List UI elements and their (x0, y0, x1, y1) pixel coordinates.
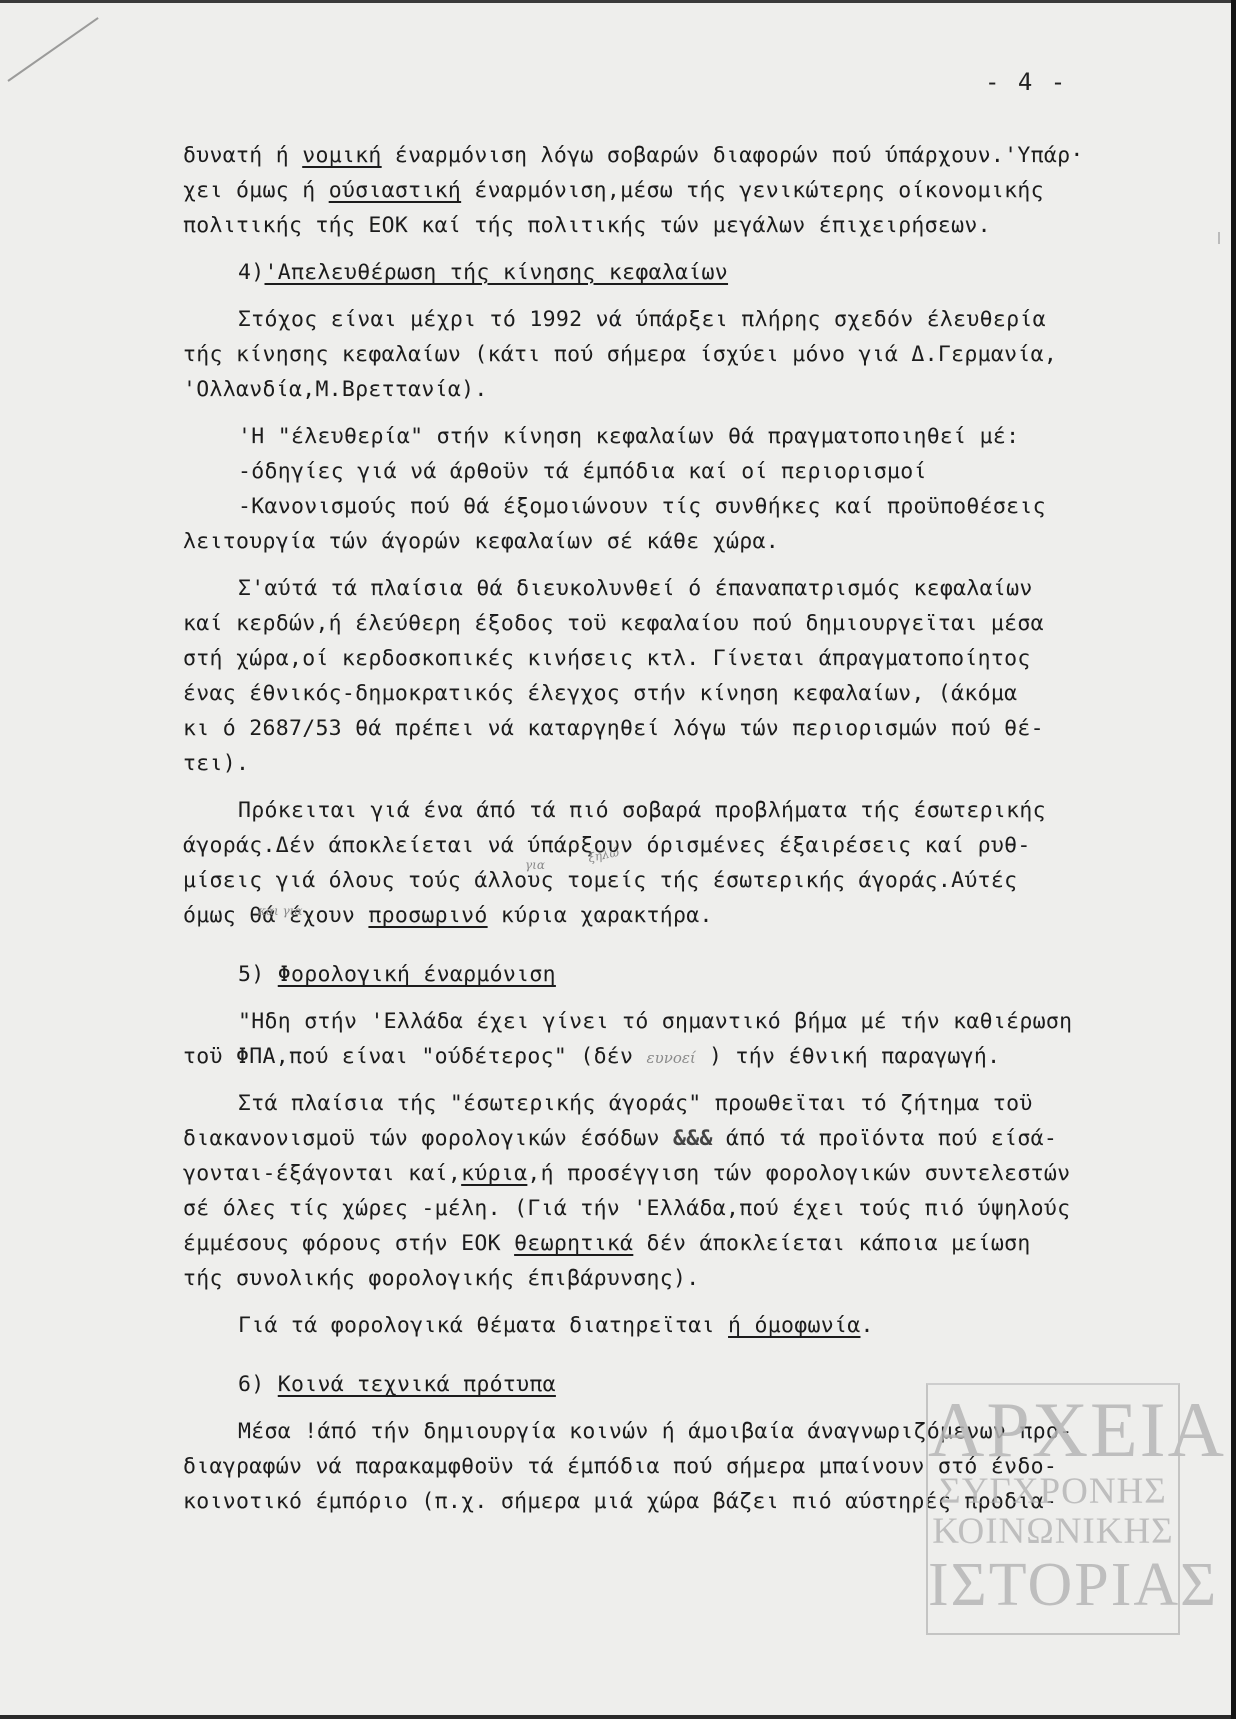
text-line: άγοράς.Δέν άποκλείεται νά ύπάρξουν όρισμ… (183, 828, 1203, 863)
text-line: λειτουργία τών άγορών κεφαλαίων σέ κάθε … (183, 524, 1203, 559)
list-item: -Κανονισμούς πού θά έξομοιώνουν τίς συνθ… (183, 489, 1203, 524)
section-title: Κοινά τεχνικά πρότυπα (278, 1372, 556, 1397)
text-line: 'Ολλανδία,Μ.Βρεττανία). (183, 372, 1203, 407)
section-heading-5: 5) Φορολογική έναρμόνιση (183, 957, 1203, 992)
struck-out-word: &&& (673, 1126, 713, 1151)
handwritten-annotation: και για (258, 904, 302, 918)
text-line: κι ό 2687/53 θά πρέπει νά καταργηθεί λόγ… (183, 711, 1203, 746)
text-line: πολιτικής τής ΕΟΚ καί τής πολιτικής τών … (183, 208, 1203, 243)
text-line: τής συνολικής φορολογικής έπιβάρυνσης). (183, 1261, 1203, 1296)
underlined-term: ούσιαστική (329, 178, 461, 203)
handwritten-insert: ευνοεί (647, 1049, 696, 1067)
underlined-term: κύρια (461, 1161, 527, 1186)
text-line: μίσεις γιά όλους τούς άλλους τομείς τής … (183, 863, 1203, 898)
text-line: Στόχος είναι μέχρι τό 1992 νά ύπάρξει πλ… (183, 302, 1203, 337)
document-page: - 4 - δυνατή ή νομική έναρμόνιση λόγω σο… (0, 0, 1236, 1719)
section-heading-4: 4)'Απελευθέρωση τής κίνησης κεφαλαίων (183, 255, 1203, 290)
text-line: γονται-έξάγονται καί,κύρια,ή προσέγγιση … (183, 1156, 1203, 1191)
underlined-term: προσωρινό (368, 903, 487, 928)
text-line: όμως θά έχουν προσωρινό κύρια χαρακτήρα. (183, 898, 1203, 933)
section-title: 'Απελευθέρωση τής κίνησης κεφαλαίων (265, 260, 729, 285)
margin-mark (1218, 232, 1220, 244)
handwritten-annotation: για (525, 858, 545, 872)
text-line: έμμέσους φόρους στήν ΕΟΚ θεωρητικά δέν ά… (183, 1226, 1203, 1261)
text-line: χει όμως ή ούσιαστική έναρμόνιση,μέσω τή… (183, 173, 1203, 208)
underlined-term: θεωρητικά (514, 1231, 633, 1256)
text-line: στή χώρα,οί κερδοσκοπικές κινήσεις κτλ. … (183, 641, 1203, 676)
text-line: διακανονισμοϋ τών φορολογικών έσόδων &&&… (183, 1121, 1203, 1156)
text-line: τει). (183, 746, 1203, 781)
text-line: τής κίνησης κεφαλαίων (κάτι πού σήμερα ί… (183, 337, 1203, 372)
text-line: τοϋ ΦΠΑ,πού είναι "ούδέτερος" (δέν ευνοε… (183, 1039, 1203, 1074)
text-line: Στά πλαίσια τής "έσωτερικής άγοράς" προω… (183, 1086, 1203, 1121)
section-title: Φορολογική έναρμόνιση (278, 962, 556, 987)
text-line: Σ'αύτά τά πλαίσια θά διευκολυνθεί ό έπαν… (183, 571, 1203, 606)
text-line: Πρόκειται γιά ένα άπό τά πιό σοβαρά προβ… (183, 793, 1203, 828)
text-line: 'Η "έλευθερία" στήν κίνηση κεφαλαίων θά … (183, 419, 1203, 454)
text-line: σέ όλες τίς χώρες -μέλη. (Γιά τήν 'Ελλάδ… (183, 1191, 1203, 1226)
text-line: δυνατή ή νομική έναρμόνιση λόγω σοβαρών … (183, 138, 1203, 173)
list-item: -όδηγίες γιά νά άρθοϋν τά έμπόδια καί οί… (183, 454, 1203, 489)
archive-stamp: ΑΡΧΕΙΑ ΣΥΓΧΡΟΝΗΣ ΚΟΙΝΩΝΙΚΗΣ ΙΣΤΟΡΙΑΣ (926, 1383, 1180, 1635)
text-line: καί κερδών,ή έλεύθερη έξοδος τοϋ κεφαλαί… (183, 606, 1203, 641)
underlined-term: νομική (302, 143, 381, 168)
pencil-mark (7, 17, 98, 82)
typed-text-body: δυνατή ή νομική έναρμόνιση λόγω σοβαρών … (183, 138, 1203, 1519)
text-line: Γιά τά φορολογικά θέματα διατηρεϊται ή ό… (183, 1308, 1203, 1343)
underlined-term: ή όμοφωνία (728, 1313, 860, 1338)
text-line: ένας έθνικός-δημοκρατικός έλεγχος στήν κ… (183, 676, 1203, 711)
page-number: - 4 - (985, 68, 1067, 96)
text-line: "Ηδη στήν 'Ελλάδα έχει γίνει τό σημαντικ… (183, 1004, 1203, 1039)
